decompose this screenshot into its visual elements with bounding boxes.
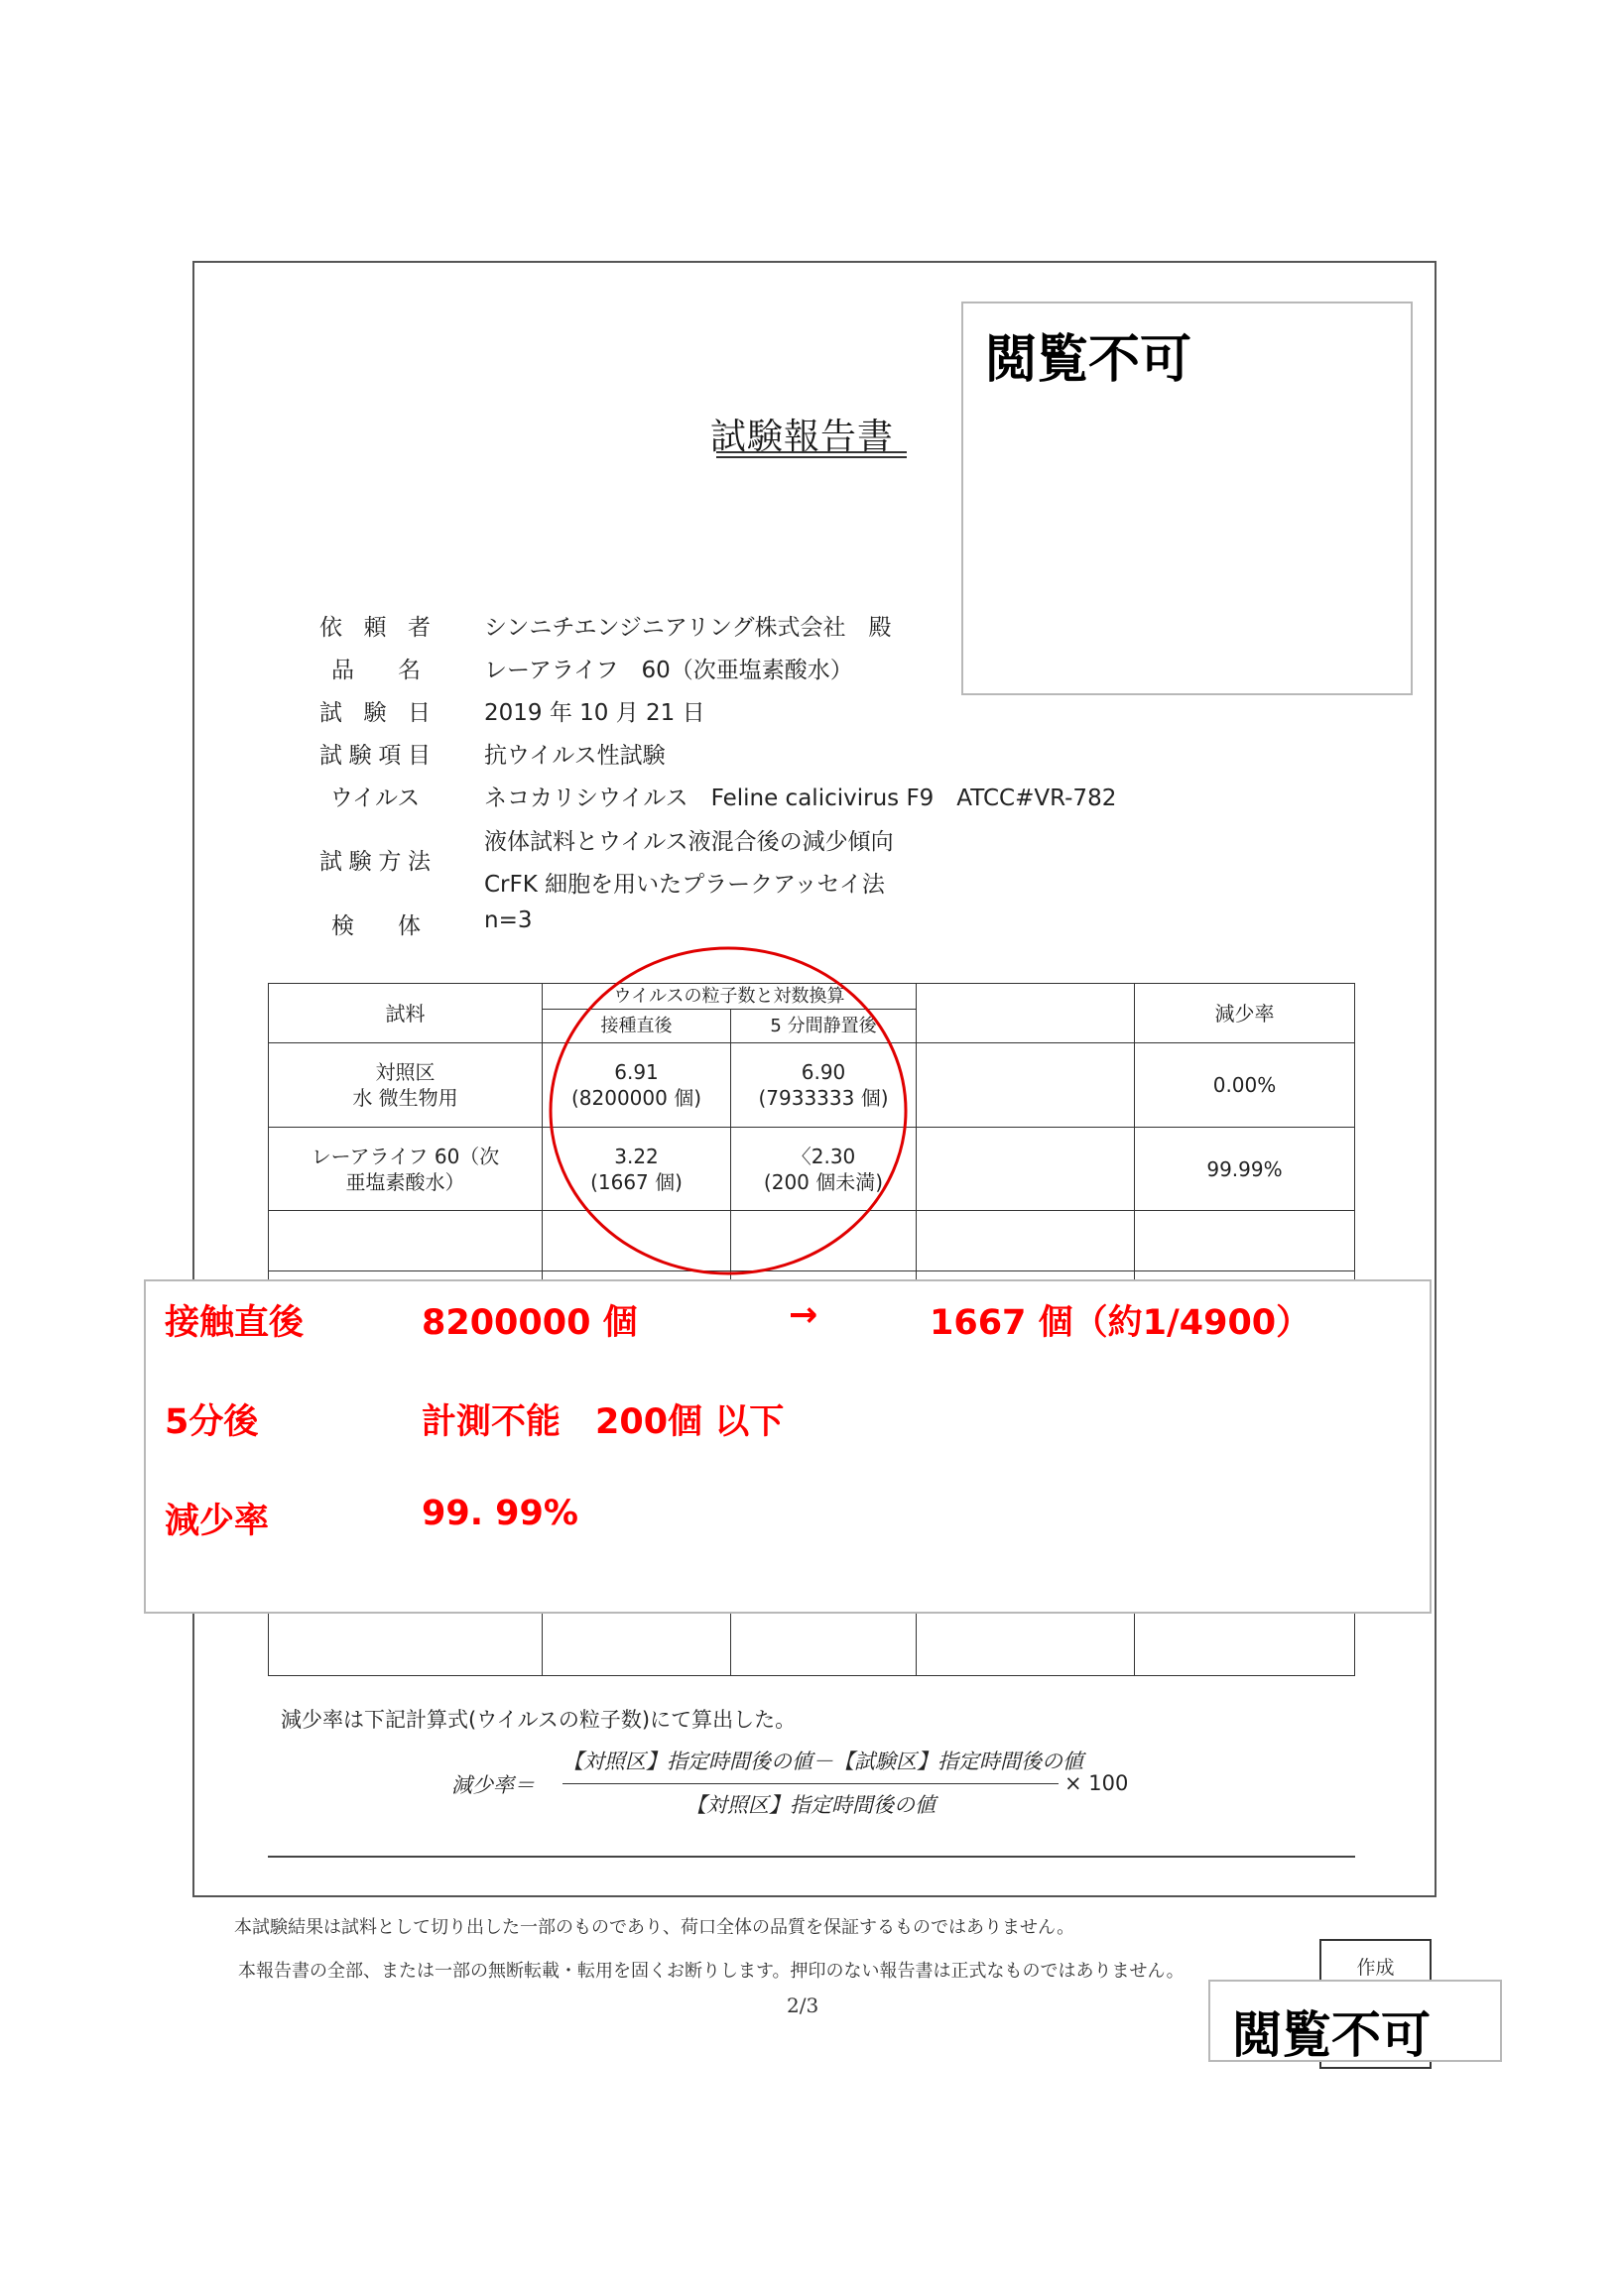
cell-sample: 対照区水 微生物用 bbox=[269, 1043, 543, 1128]
header-sample: 試料 bbox=[269, 984, 543, 1043]
cell-blank bbox=[917, 1128, 1135, 1211]
formula-fraction-bar bbox=[562, 1783, 1059, 1784]
redaction-label: 閲覧不可 bbox=[1232, 1995, 1431, 2067]
cell-reduction bbox=[1135, 1211, 1355, 1271]
cell-immediate: 3.22(1667 個) bbox=[543, 1128, 731, 1211]
info-label: 試験項目 bbox=[319, 737, 431, 770]
info-value: レーアライフ 60（次亜塩素酸水） bbox=[484, 652, 853, 684]
table-row: 対照区水 微生物用 6.91(8200000 個) 6.90(7933333 個… bbox=[269, 1043, 1355, 1128]
disclaimer-text: 本試験結果は試料として切り出した一部のものであり、荷口全体の品質を保証するもので… bbox=[234, 1913, 1074, 1939]
cell-reduction: 0.00% bbox=[1135, 1043, 1355, 1128]
title-underline bbox=[716, 456, 907, 458]
cell-immediate: 6.91(8200000 個) bbox=[543, 1043, 731, 1128]
cell-after-5min: 6.90(7933333 個) bbox=[731, 1043, 917, 1128]
info-value: 抗ウイルス性試験 bbox=[484, 737, 666, 770]
table-row bbox=[269, 1613, 1355, 1676]
summary-value-5min: 計測不能 200個 以下 bbox=[422, 1394, 784, 1444]
title-underline bbox=[716, 451, 907, 453]
calculation-note: 減少率は下記計算式(ウイルスの粒子数)にて算出した。 bbox=[281, 1704, 796, 1734]
cell-sample: レーアライフ 60（次亜塩素酸水） bbox=[269, 1128, 543, 1211]
cell-after-5min bbox=[731, 1211, 917, 1271]
formula-multiplier: × 100 bbox=[1064, 1771, 1128, 1795]
info-value: 液体試料とウイルス液混合後の減少傾向 bbox=[484, 823, 894, 856]
summary-label-5min: 5分後 bbox=[165, 1394, 258, 1444]
redaction-box-bottom: 閲覧不可 bbox=[1208, 1980, 1502, 2062]
header-blank bbox=[917, 984, 1135, 1043]
divider bbox=[268, 1856, 1355, 1858]
table-row bbox=[269, 1211, 1355, 1271]
formula-lhs: 減少率＝ bbox=[451, 1769, 535, 1799]
cell-reduction: 99.99% bbox=[1135, 1128, 1355, 1211]
summary-label-immediate: 接触直後 bbox=[165, 1295, 304, 1345]
header-reduction: 減少率 bbox=[1135, 984, 1355, 1043]
summary-value-reduction: 99. 99% bbox=[422, 1494, 578, 1533]
info-label: 試験日 bbox=[319, 694, 431, 727]
formula-numerator: 【対照区】指定時間後の値－【試験区】指定時間後の値 bbox=[562, 1746, 1059, 1775]
cell-sample bbox=[269, 1211, 543, 1271]
info-label: 依頼者 bbox=[319, 609, 431, 642]
arrow-right-icon: → bbox=[789, 1295, 817, 1335]
info-label: 試験方法 bbox=[319, 843, 431, 876]
cell-after-5min: 〈2.30(200 個未満) bbox=[731, 1128, 917, 1211]
cell-immediate bbox=[543, 1211, 731, 1271]
info-value: シンニチエンジニアリング株式会社 殿 bbox=[484, 609, 892, 642]
info-value: CrFK 細胞を用いたプラークアッセイ法 bbox=[484, 866, 885, 899]
summary-label-reduction: 減少率 bbox=[165, 1494, 269, 1543]
info-value: 2019 年 10 月 21 日 bbox=[484, 694, 705, 727]
header-virus-group: ウイルスの粒子数と対数換算 bbox=[543, 984, 917, 1010]
header-after-5min: 5 分間静置後 bbox=[731, 1010, 917, 1043]
summary-count-before: 8200000 個 bbox=[422, 1295, 638, 1345]
page-number: 2/3 bbox=[787, 1994, 818, 2017]
summary-count-after: 1667 個（約1/4900） bbox=[930, 1295, 1311, 1345]
redaction-label: 閲覧不可 bbox=[985, 317, 1191, 392]
table-row: レーアライフ 60（次亜塩素酸水） 3.22(1667 個) 〈2.30(200… bbox=[269, 1128, 1355, 1211]
cell-blank bbox=[917, 1043, 1135, 1128]
summary-overlay-box: 接触直後 8200000 個 → 1667 個（約1/4900） 5分後 計測不… bbox=[144, 1279, 1432, 1614]
stamp-label: 作成 bbox=[1321, 1953, 1430, 1980]
info-value: n=3 bbox=[484, 907, 532, 933]
cell-blank bbox=[917, 1211, 1135, 1271]
info-label: 品名 bbox=[331, 652, 421, 684]
info-value: ネコカリシウイルス Feline calicivirus F9 ATCC#VR-… bbox=[484, 780, 1116, 812]
header-immediate: 接種直後 bbox=[543, 1010, 731, 1043]
reduction-formula: 減少率＝ 【対照区】指定時間後の値－【試験区】指定時間後の値 【対照区】指定時間… bbox=[451, 1746, 1186, 1825]
redaction-box-top: 閲覧不可 bbox=[961, 302, 1413, 695]
disclaimer-text: 本報告書の全部、または一部の無断転載・転用を固くお断りします。押印のない報告書は… bbox=[238, 1957, 1185, 1983]
info-label: ウイルス bbox=[319, 780, 431, 812]
formula-denominator: 【対照区】指定時間後の値 bbox=[562, 1789, 1059, 1819]
info-label: 検体 bbox=[331, 907, 421, 940]
